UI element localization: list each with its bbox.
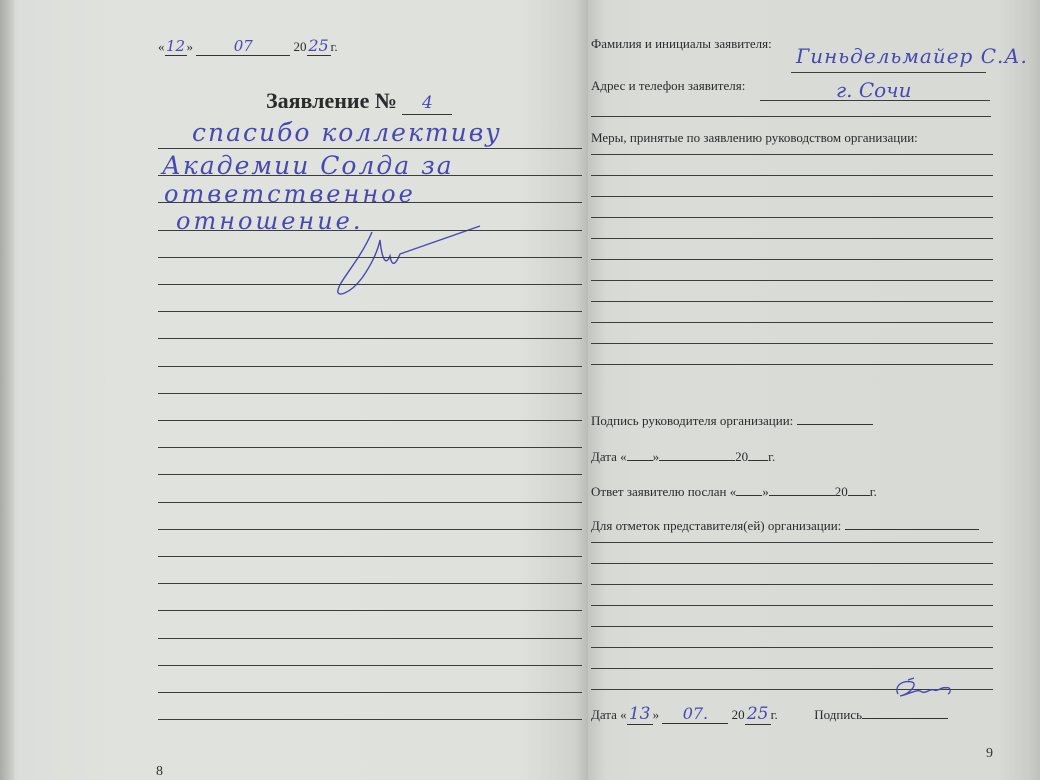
applicant-name-field: Фамилия и инициалы заявителя: <box>591 36 772 52</box>
final-year-suffix: 25 <box>747 704 769 724</box>
final-year-prefix: 20 <box>732 707 745 722</box>
ruled-line <box>158 393 582 394</box>
ruled-line <box>591 647 993 648</box>
right-page: Фамилия и инициалы заявителя: Гиньдельма… <box>588 0 1040 780</box>
ruled-line <box>158 284 582 285</box>
ruled-line <box>591 196 993 197</box>
ruled-line <box>591 322 993 323</box>
year-unit: г. <box>870 484 877 499</box>
title-label: Заявление № <box>266 88 397 113</box>
left-page: «12» 07 2025г. Заявление № 4 спасибо кол… <box>0 0 588 780</box>
ruled-line <box>158 148 582 149</box>
ruled-line <box>158 311 582 312</box>
date-year-suffix: 25 <box>308 36 328 55</box>
application-number: 4 <box>422 93 433 113</box>
final-year-unit: г. <box>771 707 778 722</box>
representative-label: Для отметок представителя(ей) организаци… <box>591 518 841 533</box>
date-year-prefix: 20 <box>294 39 307 54</box>
ruled-line <box>591 175 993 176</box>
date-month: 07 <box>234 37 253 55</box>
application-date: «12» 07 2025г. <box>158 36 338 56</box>
year-unit: г. <box>768 449 775 464</box>
final-date-field: Дата «13» 07. 2025г. Подпись <box>591 704 948 725</box>
ruled-line <box>591 563 993 564</box>
ruled-line <box>158 692 582 693</box>
applicant-signature <box>330 220 500 300</box>
final-date-label: Дата « <box>591 707 627 722</box>
applicant-name-label: Фамилия и инициалы заявителя: <box>591 36 772 51</box>
address-label: Адрес и телефон заявителя: <box>591 78 745 93</box>
ruled-line <box>158 257 582 258</box>
address-field: Адрес и телефон заявителя: <box>591 78 745 94</box>
ruled-line <box>591 364 993 365</box>
year-prefix: 20 <box>835 484 848 499</box>
ruled-line <box>158 447 582 448</box>
quote-close: » <box>653 449 660 464</box>
ruled-line <box>591 626 993 627</box>
ruled-line <box>158 529 582 530</box>
head-signature-field: Подпись руководителя организации: <box>591 413 873 429</box>
measures-label: Меры, принятые по заявлению руководством… <box>591 130 918 146</box>
book-edge <box>0 0 14 780</box>
ruled-line <box>158 474 582 475</box>
final-date-month: 07. <box>683 704 708 723</box>
head-signature-label: Подпись руководителя организации: <box>591 413 793 428</box>
ruled-line <box>158 338 582 339</box>
ruled-line <box>158 583 582 584</box>
ruled-line <box>158 202 582 203</box>
final-date-day: 13 <box>629 704 651 724</box>
decision-date-field: Дата «»20г. <box>591 449 775 465</box>
ruled-line <box>158 230 582 231</box>
year-prefix: 20 <box>735 449 748 464</box>
ruled-line <box>591 217 993 218</box>
ruled-line <box>158 610 582 611</box>
ruled-line <box>158 175 582 176</box>
ruled-line <box>591 301 993 302</box>
date-day: 12 <box>166 37 185 55</box>
address-value: г. Сочи <box>836 78 912 102</box>
ruled-line <box>591 542 993 543</box>
date-year-unit: г. <box>331 39 338 54</box>
page-number: 8 <box>156 764 163 780</box>
ruled-line <box>591 259 993 260</box>
ruled-line <box>158 502 582 503</box>
ruled-line <box>158 556 582 557</box>
ruled-line <box>158 420 582 421</box>
ruled-line <box>158 366 582 367</box>
reply-sent-field: Ответ заявителю послан «»20г. <box>591 484 877 500</box>
body-line: ответственное <box>164 180 416 208</box>
ruled-line <box>591 343 993 344</box>
representative-signature <box>888 676 968 706</box>
ruled-line <box>591 280 993 281</box>
ruled-line <box>591 154 993 155</box>
signature-label: Подпись <box>814 707 862 722</box>
reply-label: Ответ заявителю послан « <box>591 484 736 499</box>
quote-close: » <box>653 707 660 722</box>
page-number: 9 <box>986 746 993 762</box>
ruled-line <box>591 238 993 239</box>
representative-notes-field: Для отметок представителя(ей) организаци… <box>591 518 979 534</box>
page-title: Заявление № 4 <box>266 88 452 115</box>
ruled-line <box>591 584 993 585</box>
applicant-name-value: Гиньдельмайер С.А. <box>796 44 1028 68</box>
ruled-line <box>591 605 993 606</box>
body-line: спасибо коллективу <box>192 118 502 147</box>
ruled-line <box>158 719 582 720</box>
date-label: Дата « <box>591 449 627 464</box>
quote-close: » <box>762 484 769 499</box>
ruled-line <box>591 668 993 669</box>
ruled-line <box>158 665 582 666</box>
ruled-line <box>158 638 582 639</box>
